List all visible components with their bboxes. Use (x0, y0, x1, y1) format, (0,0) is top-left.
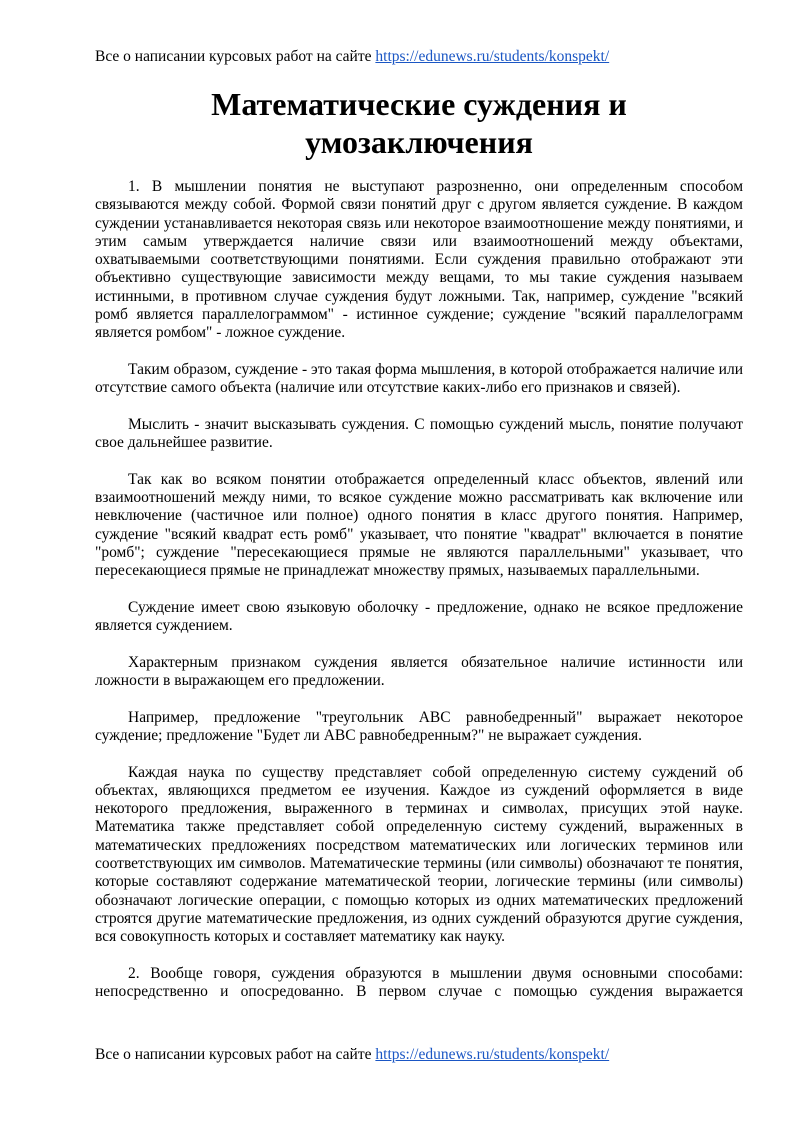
page-header: Все о написании курсовых работ на сайте … (95, 48, 609, 66)
document-page: Все о написании курсовых работ на сайте … (0, 0, 800, 1131)
paragraph: Характерным признаком суждения является … (95, 654, 743, 691)
paragraph: 2. Вообще говоря, суждения образуются в … (95, 965, 743, 1002)
page-title: Математические суждения и умозаключения (95, 85, 743, 161)
paragraph: Мыслить - значит высказывать суждения. С… (95, 416, 743, 453)
document-body: 1. В мышлении понятия не выступают разро… (95, 178, 743, 1020)
paragraph: Так как во всяком понятии отображается о… (95, 471, 743, 581)
paragraph: Таким образом, суждение - это такая форм… (95, 361, 743, 398)
header-link[interactable]: https://edunews.ru/students/konspekt/ (375, 48, 609, 65)
paragraph: 1. В мышлении понятия не выступают разро… (95, 178, 743, 343)
title-line-2: умозаключения (95, 123, 743, 161)
header-text: Все о написании курсовых работ на сайте (95, 48, 375, 65)
page-footer: Все о написании курсовых работ на сайте … (95, 1046, 609, 1064)
title-line-1: Математические суждения и (95, 85, 743, 123)
paragraph: Суждение имеет свою языковую оболочку - … (95, 599, 743, 636)
paragraph: Каждая наука по существу представляет со… (95, 764, 743, 947)
footer-link[interactable]: https://edunews.ru/students/konspekt/ (375, 1046, 609, 1063)
paragraph: Например, предложение "треугольник ABC р… (95, 709, 743, 746)
footer-text: Все о написании курсовых работ на сайте (95, 1046, 375, 1063)
